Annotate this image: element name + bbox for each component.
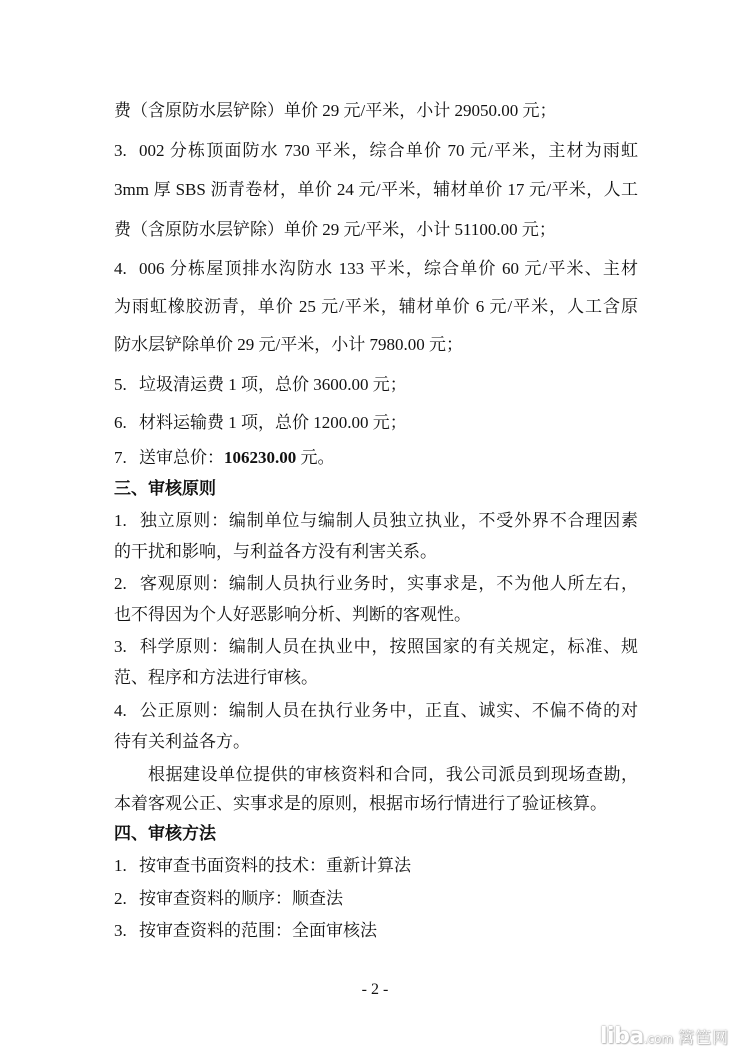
item-text: 客观原则：编制人员执行业务时，实事求是，不为他人所左右， bbox=[139, 574, 638, 593]
method-3: 3.按审查资料的范围：全面审核法 bbox=[114, 919, 638, 943]
item-text: 按审查资料的范围：全面审核法 bbox=[139, 921, 377, 940]
cost-item-6: 6.材料运输费 1 项，总价 1200.00 元； bbox=[114, 411, 638, 435]
page-number: - 2 - bbox=[0, 978, 750, 1002]
item-text: 独立原则：编制单位与编制人员独立执业，不受外界不合理因素 bbox=[139, 511, 638, 530]
item-number: 2. bbox=[114, 572, 139, 596]
item-text: 材料运输费 1 项，总价 1200.00 元； bbox=[139, 413, 407, 432]
cost-item-4-line-2: 为雨虹橡胶沥青，单价 25 元/平米，辅材单价 6 元/平米，人工含原 bbox=[114, 295, 638, 319]
cost-item-5: 5.垃圾清运费 1 项，总价 3600.00 元； bbox=[114, 373, 638, 397]
item-text: 公正原则：编制人员在执行业务中，正直、诚实、不偏不倚的对 bbox=[139, 701, 638, 720]
item-number: 7. bbox=[114, 446, 139, 470]
watermark-domain: .com bbox=[644, 1032, 673, 1046]
watermark-brand: liba bbox=[600, 1024, 644, 1049]
item-number: 1. bbox=[114, 509, 139, 533]
item-text: 002 分栋顶面防水 730 平米，综合单价 70 元/平米，主材为雨虹 bbox=[139, 141, 638, 160]
item-text: 按审查书面资料的技术：重新计算法 bbox=[139, 856, 411, 875]
total-unit: 元。 bbox=[296, 448, 334, 467]
item-number: 1. bbox=[114, 854, 139, 878]
watermark-logo: liba.com篱笆网 bbox=[600, 1024, 729, 1050]
item-text: 垃圾清运费 1 项，总价 3600.00 元； bbox=[139, 375, 407, 394]
principle-4-line-2: 待有关利益各方。 bbox=[114, 730, 638, 754]
cost-item-3: 3.002 分栋顶面防水 730 平米，综合单价 70 元/平米，主材为雨虹 bbox=[114, 139, 638, 163]
cost-item-3-line-2: 3mm 厚 SBS 沥青卷材，单价 24 元/平米，辅材单价 17 元/平米，人… bbox=[114, 178, 638, 202]
principle-2: 2.客观原则：编制人员执行业务时，实事求是，不为他人所左右， bbox=[114, 572, 638, 596]
total-amount: 106230.00 bbox=[224, 448, 296, 467]
section-heading-audit-methods: 四、审核方法 bbox=[114, 822, 638, 846]
item-text: 按审查资料的顺序：顺查法 bbox=[139, 889, 343, 908]
cost-item-3-line-3: 费（含原防水层铲除）单价 29 元/平米，小计 51100.00 元； bbox=[114, 218, 638, 242]
cost-item-4: 4.006 分栋屋顶排水沟防水 133 平米，综合单价 60 元/平米、主材 bbox=[114, 257, 638, 281]
item-number: 4. bbox=[114, 699, 139, 723]
cost-item-4-line-3: 防水层铲除单价 29 元/平米，小计 7980.00 元； bbox=[114, 333, 638, 357]
verification-paragraph-line-1: 根据建设单位提供的审核资料和合同，我公司派员到现场查勘， bbox=[114, 763, 638, 787]
principle-3: 3.科学原则：编制人员在执业中，按照国家的有关规定，标准、规 bbox=[114, 635, 638, 659]
item-text: 科学原则：编制人员在执业中，按照国家的有关规定，标准、规 bbox=[139, 637, 638, 656]
method-2: 2.按审查资料的顺序：顺查法 bbox=[114, 887, 638, 911]
principle-1: 1.独立原则：编制单位与编制人员独立执业，不受外界不合理因素 bbox=[114, 509, 638, 533]
item-number: 6. bbox=[114, 411, 139, 435]
watermark-name: 篱笆网 bbox=[678, 1028, 729, 1047]
item-number: 5. bbox=[114, 373, 139, 397]
principle-1-line-2: 的干扰和影响，与利益各方没有利害关系。 bbox=[114, 540, 638, 564]
principle-3-line-2: 范、程序和方法进行审核。 bbox=[114, 666, 638, 690]
continued-item-line: 费（含原防水层铲除）单价 29 元/平米，小计 29050.00 元； bbox=[114, 99, 638, 123]
item-number: 3. bbox=[114, 635, 139, 659]
principle-2-line-2: 也不得因为个人好恶影响分析、判断的客观性。 bbox=[114, 603, 638, 627]
document-page: 费（含原防水层铲除）单价 29 元/平米，小计 29050.00 元； 3.00… bbox=[0, 0, 750, 1061]
item-number: 4. bbox=[114, 257, 139, 281]
item-number: 3. bbox=[114, 139, 139, 163]
section-heading-audit-principles: 三、审核原则 bbox=[114, 477, 638, 501]
item-text: 006 分栋屋顶排水沟防水 133 平米，综合单价 60 元/平米、主材 bbox=[139, 259, 638, 278]
total-submitted-price: 7.送审总价：106230.00 元。 bbox=[114, 446, 638, 470]
item-number: 3. bbox=[114, 919, 139, 943]
method-1: 1.按审查书面资料的技术：重新计算法 bbox=[114, 854, 638, 878]
total-label: 送审总价： bbox=[139, 448, 224, 467]
verification-paragraph-line-2: 本着客观公正、实事求是的原则，根据市场行情进行了验证核算。 bbox=[114, 792, 638, 816]
principle-4: 4.公正原则：编制人员在执行业务中，正直、诚实、不偏不倚的对 bbox=[114, 699, 638, 723]
item-number: 2. bbox=[114, 887, 139, 911]
